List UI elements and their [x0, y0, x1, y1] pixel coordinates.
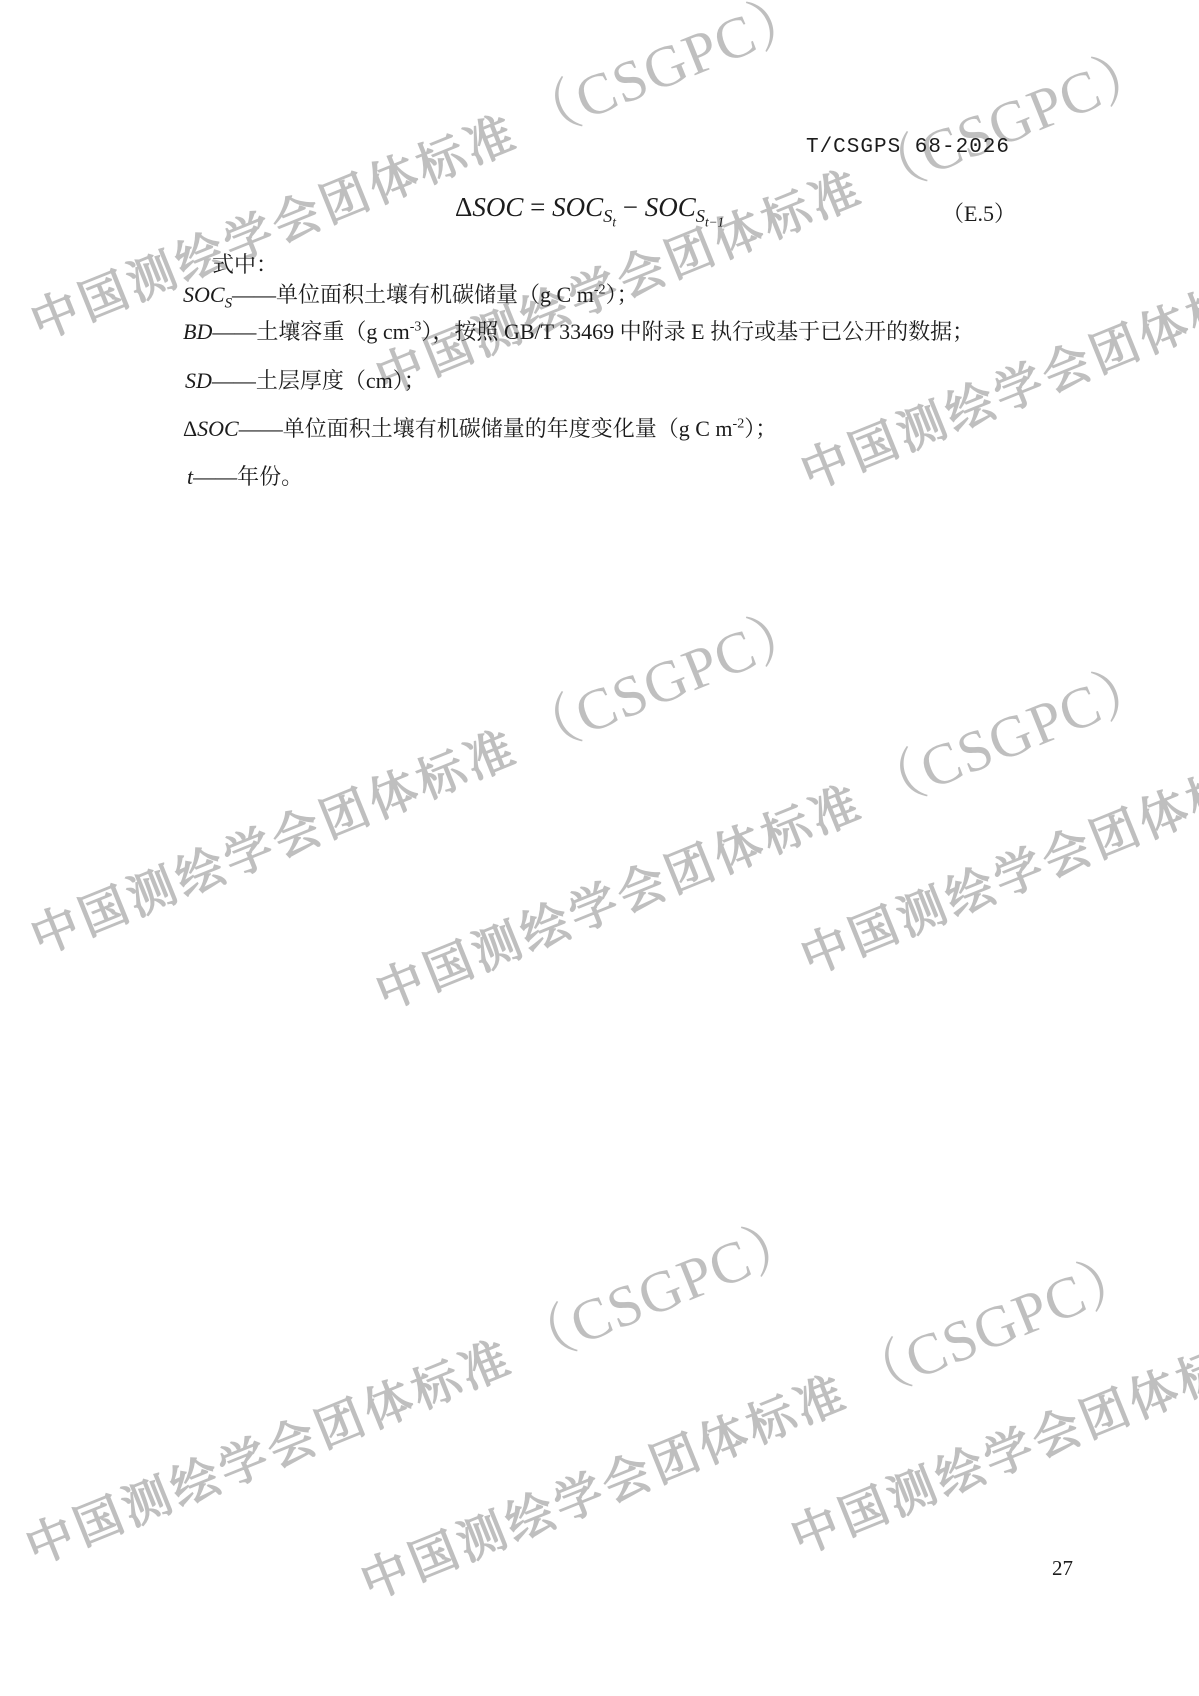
- document-page: 中国测绘学会团体标准（CSGPC）中国测绘学会团体标准（CSGPC）中国测绘学会…: [0, 0, 1199, 1696]
- definition-text: 年份。: [237, 464, 303, 489]
- equation-equals: =: [523, 192, 552, 222]
- definition-text: 土层厚度（cm）；: [256, 368, 426, 393]
- definition-text: 土壤容重（g cm: [256, 319, 409, 344]
- definition-line-sd: SD——土层厚度（cm）；: [185, 366, 426, 396]
- equation-term1-sub: S: [603, 206, 612, 226]
- symbol: SOCS: [183, 282, 232, 307]
- dash: ——: [212, 319, 256, 344]
- dash: ——: [239, 416, 283, 441]
- equation-delta: Δ: [455, 192, 472, 222]
- unit-exponent: -2: [733, 416, 745, 432]
- definition-line-dsoc: ΔSOC——单位面积土壤有机碳储量的年度变化量（g C m-2）；: [183, 414, 777, 444]
- dash: ——: [232, 282, 276, 307]
- definition-text: 单位面积土壤有机碳储量（g C m: [276, 282, 594, 307]
- definition-text-tail: ）；: [606, 282, 639, 307]
- symbol: BD: [183, 319, 212, 344]
- symbol: ΔSOC: [183, 416, 239, 441]
- page-content: T/CSGPS 68-2026 ΔSOC = SOCSt − SOCSt−1 （…: [0, 0, 1199, 1696]
- dash: ——: [212, 368, 256, 393]
- equation-term2-sub: S: [696, 206, 705, 226]
- equation-term2-subsub: t−1: [705, 215, 724, 230]
- definition-text-tail: ）；: [744, 416, 777, 441]
- definition-text-tail: ），按照 GB/T 33469 中附录 E 执行或基于已公开的数据；: [421, 319, 974, 344]
- dash: ——: [193, 464, 237, 489]
- equation-e5: ΔSOC = SOCSt − SOCSt−1: [455, 192, 724, 223]
- equation-term2: SOC: [645, 192, 696, 222]
- definition-text: 单位面积土壤有机碳储量的年度变化量（g C m: [283, 416, 733, 441]
- definition-line-bd: BD——土壤容重（g cm-3），按照 GB/T 33469 中附录 E 执行或…: [183, 317, 974, 347]
- equation-lhs: SOC: [472, 192, 523, 222]
- standard-number-header: T/CSGPS 68-2026: [806, 136, 1010, 159]
- page-number: 27: [1052, 1556, 1073, 1581]
- definition-line-socs: SOCS——单位面积土壤有机碳储量（g C m-2）；: [183, 280, 639, 310]
- equation-minus: −: [616, 192, 645, 222]
- where-clause-intro: 式中：: [212, 250, 278, 280]
- equation-number: （E.5）: [942, 197, 1016, 228]
- unit-exponent: -2: [594, 282, 606, 298]
- unit-exponent: -3: [410, 319, 422, 335]
- equation-term1: SOC: [552, 192, 603, 222]
- symbol: SD: [185, 368, 212, 393]
- definition-line-t: t——年份。: [187, 462, 303, 492]
